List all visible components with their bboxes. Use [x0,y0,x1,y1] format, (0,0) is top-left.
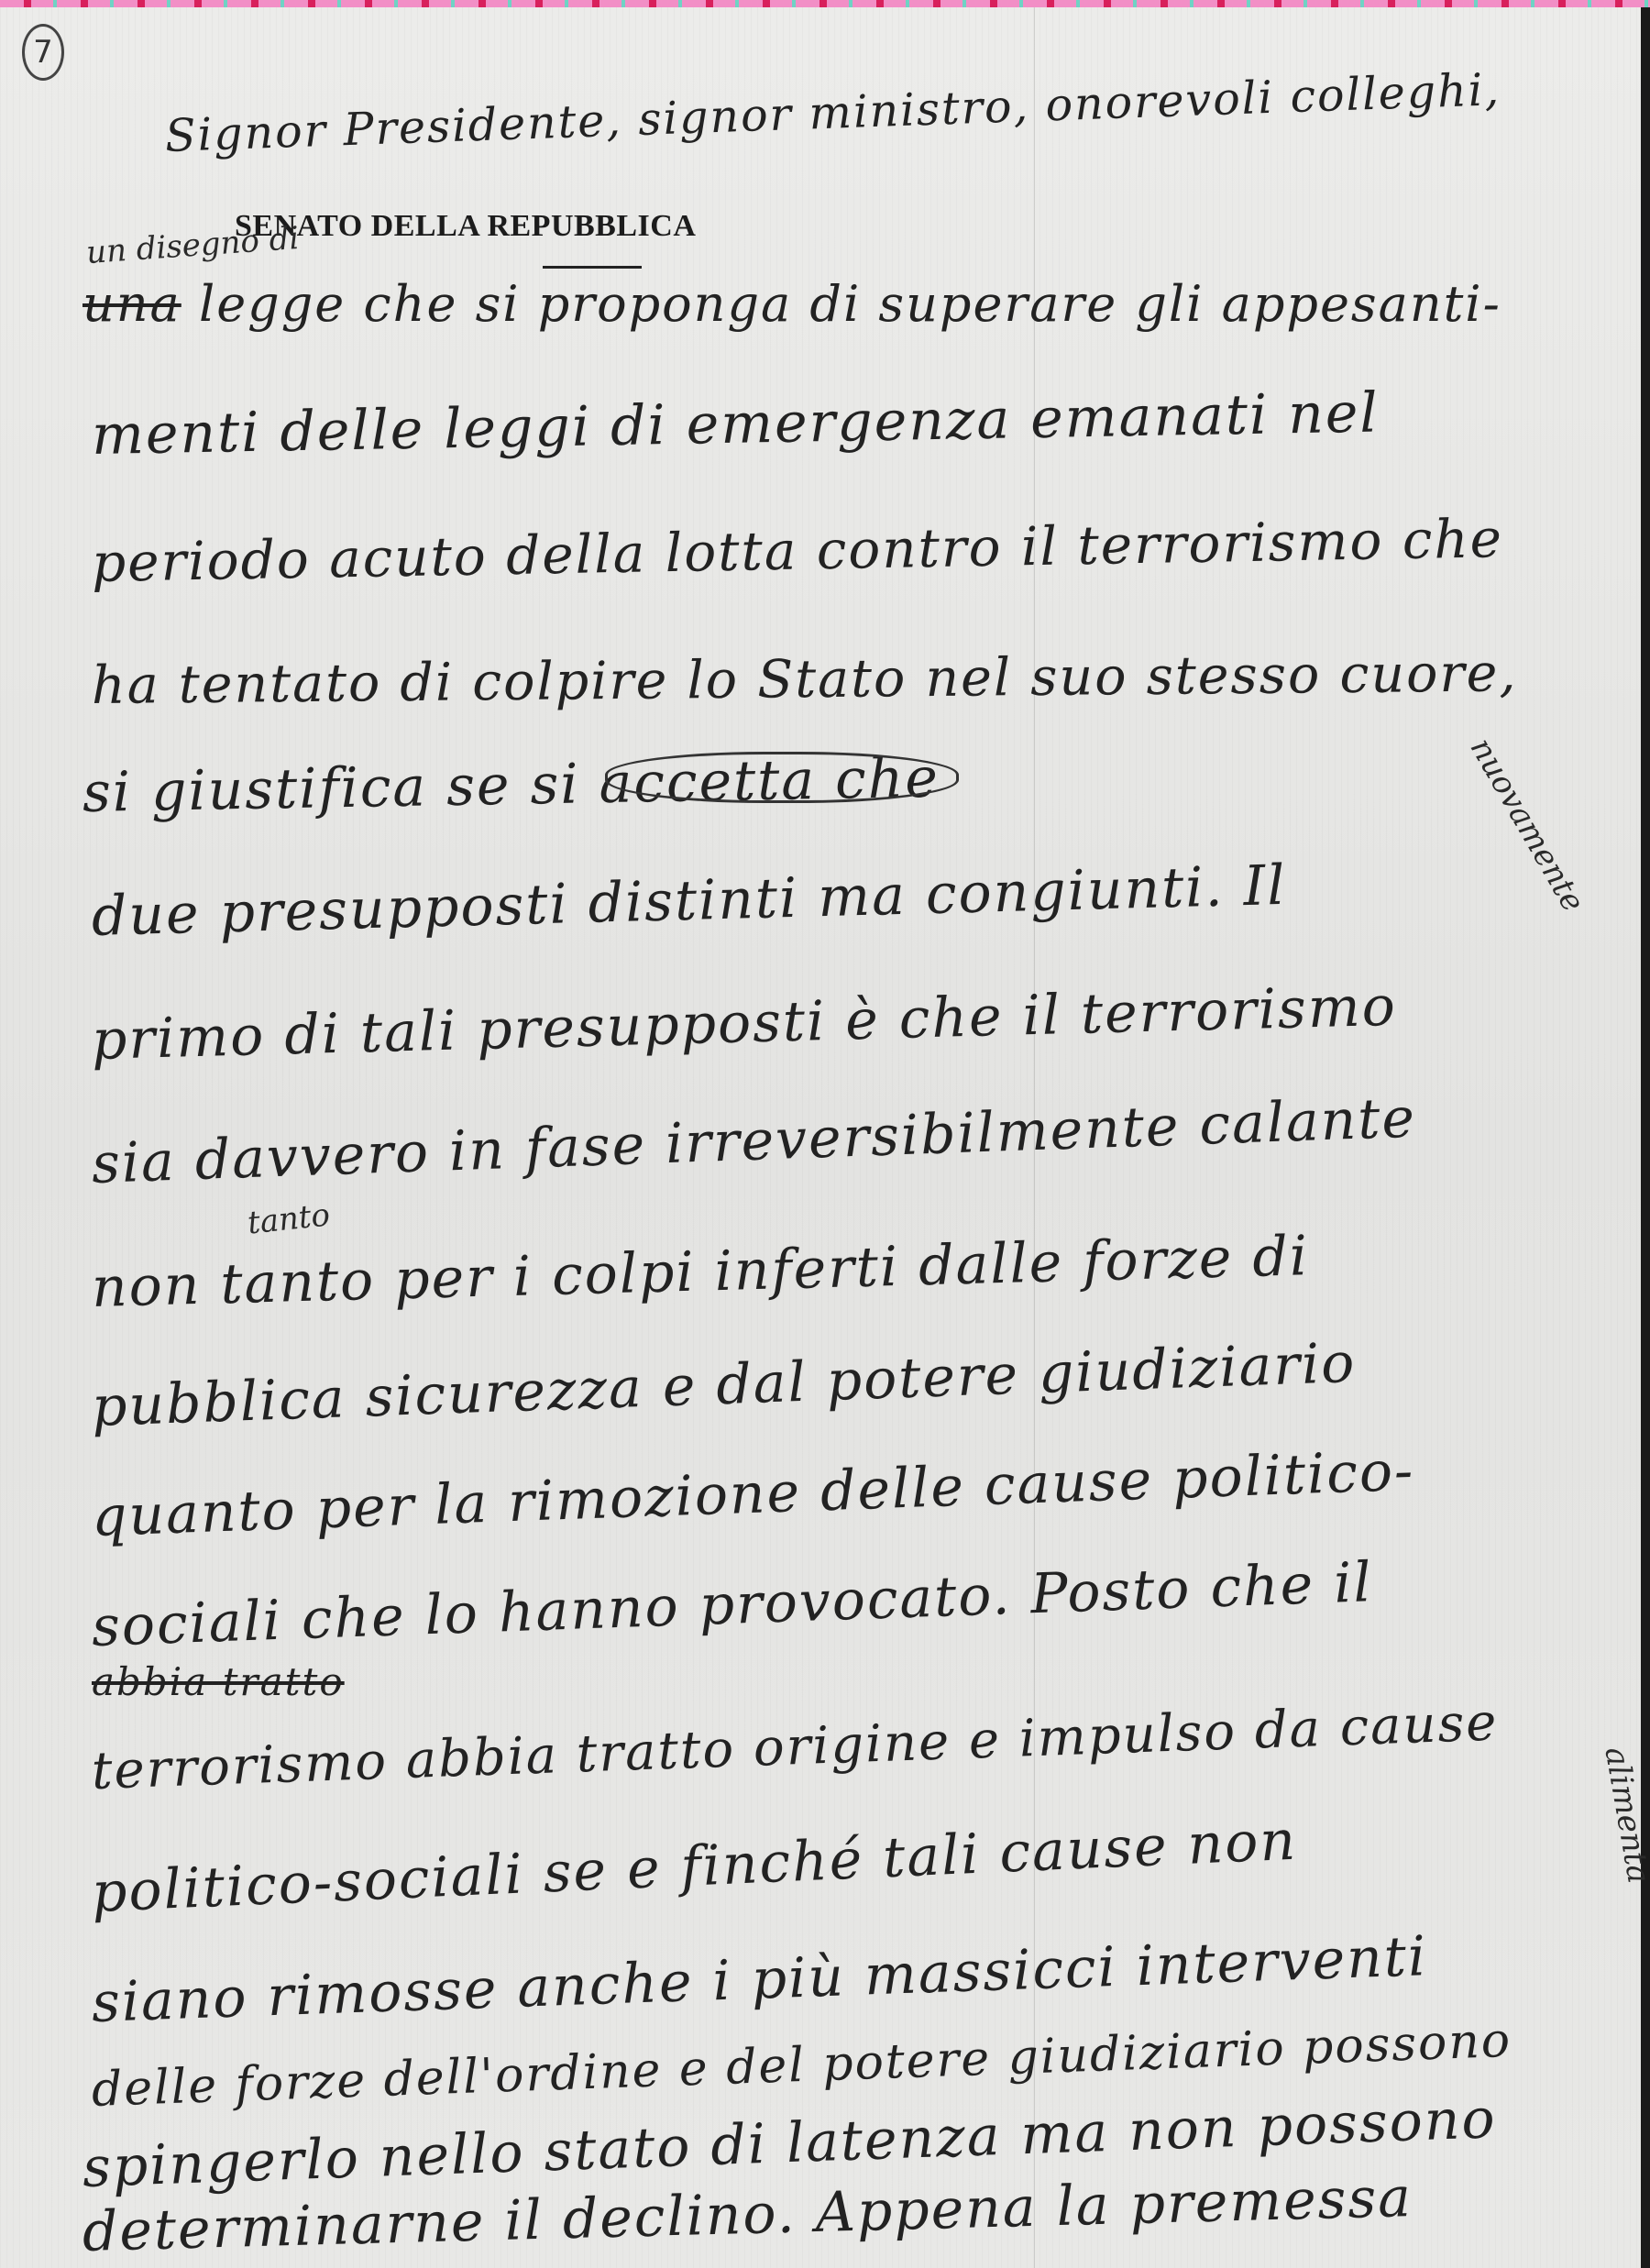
text-line: ha tentato di colpire lo Stato nel suo s… [92,643,1518,716]
scan-border-strip [0,0,1650,7]
text-line-content: legge che si proponga di superare gli ap… [199,275,1501,333]
circled-page-number: 7 [22,24,64,81]
struck-word: una [82,275,181,333]
text-line: una legge che si proponga di superare gl… [82,275,1501,333]
struck-word: abbia tratto [92,1659,345,1704]
letterhead-rule [543,266,642,269]
letterhead-title: SENATO DELLA REPUBBLICA [235,209,696,244]
crossed-out-scribble [605,752,959,803]
scan-edge [1641,7,1650,2268]
